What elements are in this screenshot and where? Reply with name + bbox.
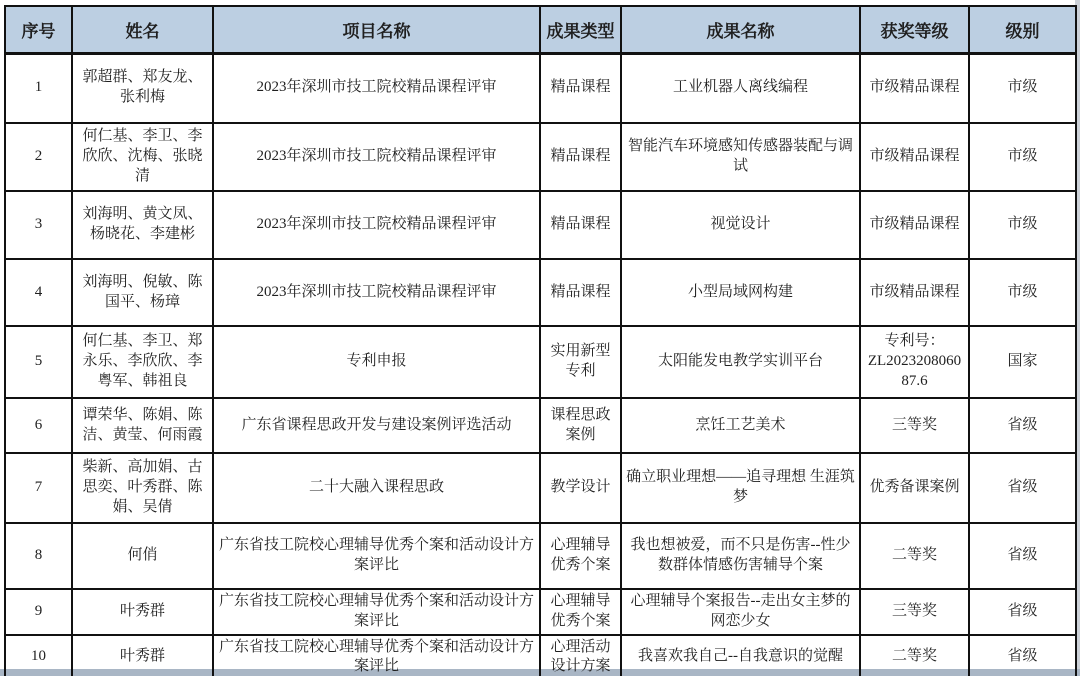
awards-table-container: 序号 姓名 项目名称 成果类型 成果名称 获奖等级 级别 1 郭超群、郑友龙、张…	[4, 5, 1075, 676]
column-header-type: 成果类型	[540, 6, 621, 53]
cell-level: 省级	[969, 589, 1076, 635]
cell-result: 视觉设计	[621, 191, 860, 259]
cell-no: 1	[5, 53, 72, 123]
cell-level: 市级	[969, 191, 1076, 259]
cell-names: 柴新、高加娟、古思奕、叶秀群、陈娟、吴倩	[72, 453, 213, 523]
cell-no: 8	[5, 523, 72, 589]
column-header-names: 姓名	[72, 6, 213, 53]
cell-names: 刘海明、黄文凤、杨晓花、李建彬	[72, 191, 213, 259]
cell-project: 2023年深圳市技工院校精品课程评审	[213, 123, 540, 191]
cell-type: 实用新型专利	[540, 326, 621, 398]
cell-result: 我也想被爱，而不只是伤害--性少数群体情感伤害辅导个案	[621, 523, 860, 589]
cell-level: 省级	[969, 523, 1076, 589]
column-header-no: 序号	[5, 6, 72, 53]
cell-award: 二等奖	[860, 635, 969, 676]
cell-project: 广东省课程思政开发与建设案例评选活动	[213, 398, 540, 453]
cell-award: 专利号：ZL202320806087.6	[860, 326, 969, 398]
cell-type: 心理辅导优秀个案	[540, 523, 621, 589]
cell-award: 市级精品课程	[860, 53, 969, 123]
cell-award: 市级精品课程	[860, 191, 969, 259]
cell-no: 5	[5, 326, 72, 398]
cell-award: 市级精品课程	[860, 123, 969, 191]
cell-no: 10	[5, 635, 72, 676]
table-row: 5 何仁基、李卫、郑永乐、李欣欣、李粤军、韩祖良 专利申报 实用新型专利 太阳能…	[5, 326, 1076, 398]
table-row: 8 何俏 广东省技工院校心理辅导优秀个案和活动设计方案评比 心理辅导优秀个案 我…	[5, 523, 1076, 589]
cell-award: 市级精品课程	[860, 259, 969, 326]
table-header: 序号 姓名 项目名称 成果类型 成果名称 获奖等级 级别	[5, 6, 1076, 53]
cell-no: 9	[5, 589, 72, 635]
cell-type: 心理活动设计方案	[540, 635, 621, 676]
column-header-level: 级别	[969, 6, 1076, 53]
cell-result: 小型局域网构建	[621, 259, 860, 326]
table-row: 1 郭超群、郑友龙、张利梅 2023年深圳市技工院校精品课程评审 精品课程 工业…	[5, 53, 1076, 123]
cell-project: 2023年深圳市技工院校精品课程评审	[213, 53, 540, 123]
cell-type: 精品课程	[540, 259, 621, 326]
cell-award: 优秀备课案例	[860, 453, 969, 523]
cell-project: 2023年深圳市技工院校精品课程评审	[213, 259, 540, 326]
table-body: 1 郭超群、郑友龙、张利梅 2023年深圳市技工院校精品课程评审 精品课程 工业…	[5, 53, 1076, 676]
table-row: 2 何仁基、李卫、李欣欣、沈梅、张晓清 2023年深圳市技工院校精品课程评审 精…	[5, 123, 1076, 191]
cell-level: 省级	[969, 453, 1076, 523]
table-row: 10 叶秀群 广东省技工院校心理辅导优秀个案和活动设计方案评比 心理活动设计方案…	[5, 635, 1076, 676]
column-header-result: 成果名称	[621, 6, 860, 53]
cell-result: 工业机器人离线编程	[621, 53, 860, 123]
cell-result: 我喜欢我自己--自我意识的觉醒	[621, 635, 860, 676]
table-row: 4 刘海明、倪敏、陈国平、杨璋 2023年深圳市技工院校精品课程评审 精品课程 …	[5, 259, 1076, 326]
cell-level: 省级	[969, 398, 1076, 453]
cell-level: 市级	[969, 259, 1076, 326]
column-header-award: 获奖等级	[860, 6, 969, 53]
table-row: 3 刘海明、黄文凤、杨晓花、李建彬 2023年深圳市技工院校精品课程评审 精品课…	[5, 191, 1076, 259]
cell-no: 2	[5, 123, 72, 191]
cell-level: 市级	[969, 123, 1076, 191]
cell-type: 心理辅导优秀个案	[540, 589, 621, 635]
cell-project: 广东省技工院校心理辅导优秀个案和活动设计方案评比	[213, 635, 540, 676]
cell-award: 三等奖	[860, 589, 969, 635]
cell-result: 确立职业理想——追寻理想 生涯筑梦	[621, 453, 860, 523]
cell-project: 2023年深圳市技工院校精品课程评审	[213, 191, 540, 259]
header-row: 序号 姓名 项目名称 成果类型 成果名称 获奖等级 级别	[5, 6, 1076, 53]
cell-names: 何仁基、李卫、郑永乐、李欣欣、李粤军、韩祖良	[72, 326, 213, 398]
cell-names: 刘海明、倪敏、陈国平、杨璋	[72, 259, 213, 326]
awards-table: 序号 姓名 项目名称 成果类型 成果名称 获奖等级 级别 1 郭超群、郑友龙、张…	[4, 5, 1077, 676]
cell-result: 太阳能发电教学实训平台	[621, 326, 860, 398]
cell-result: 心理辅导个案报告--走出女主梦的网恋少女	[621, 589, 860, 635]
cell-project: 广东省技工院校心理辅导优秀个案和活动设计方案评比	[213, 589, 540, 635]
cell-no: 7	[5, 453, 72, 523]
cell-level: 市级	[969, 53, 1076, 123]
cell-project: 广东省技工院校心理辅导优秀个案和活动设计方案评比	[213, 523, 540, 589]
cell-level: 国家	[969, 326, 1076, 398]
table-row: 9 叶秀群 广东省技工院校心理辅导优秀个案和活动设计方案评比 心理辅导优秀个案 …	[5, 589, 1076, 635]
cell-result: 烹饪工艺美术	[621, 398, 860, 453]
column-header-project: 项目名称	[213, 6, 540, 53]
cell-award: 三等奖	[860, 398, 969, 453]
table-row: 7 柴新、高加娟、古思奕、叶秀群、陈娟、吴倩 二十大融入课程思政 教学设计 确立…	[5, 453, 1076, 523]
cell-names: 叶秀群	[72, 589, 213, 635]
table-row: 6 谭荣华、陈娟、陈洁、黄莹、何雨霞 广东省课程思政开发与建设案例评选活动 课程…	[5, 398, 1076, 453]
cell-type: 教学设计	[540, 453, 621, 523]
cell-level: 省级	[969, 635, 1076, 676]
cell-project: 专利申报	[213, 326, 540, 398]
cell-type: 精品课程	[540, 53, 621, 123]
cell-names: 何仁基、李卫、李欣欣、沈梅、张晓清	[72, 123, 213, 191]
cell-no: 3	[5, 191, 72, 259]
cell-names: 何俏	[72, 523, 213, 589]
cell-no: 6	[5, 398, 72, 453]
cell-no: 4	[5, 259, 72, 326]
cell-award: 二等奖	[860, 523, 969, 589]
cell-type: 课程思政案例	[540, 398, 621, 453]
cell-type: 精品课程	[540, 191, 621, 259]
cell-names: 郭超群、郑友龙、张利梅	[72, 53, 213, 123]
cell-result: 智能汽车环境感知传感器装配与调试	[621, 123, 860, 191]
cell-names: 叶秀群	[72, 635, 213, 676]
cell-names: 谭荣华、陈娟、陈洁、黄莹、何雨霞	[72, 398, 213, 453]
cell-project: 二十大融入课程思政	[213, 453, 540, 523]
cell-type: 精品课程	[540, 123, 621, 191]
